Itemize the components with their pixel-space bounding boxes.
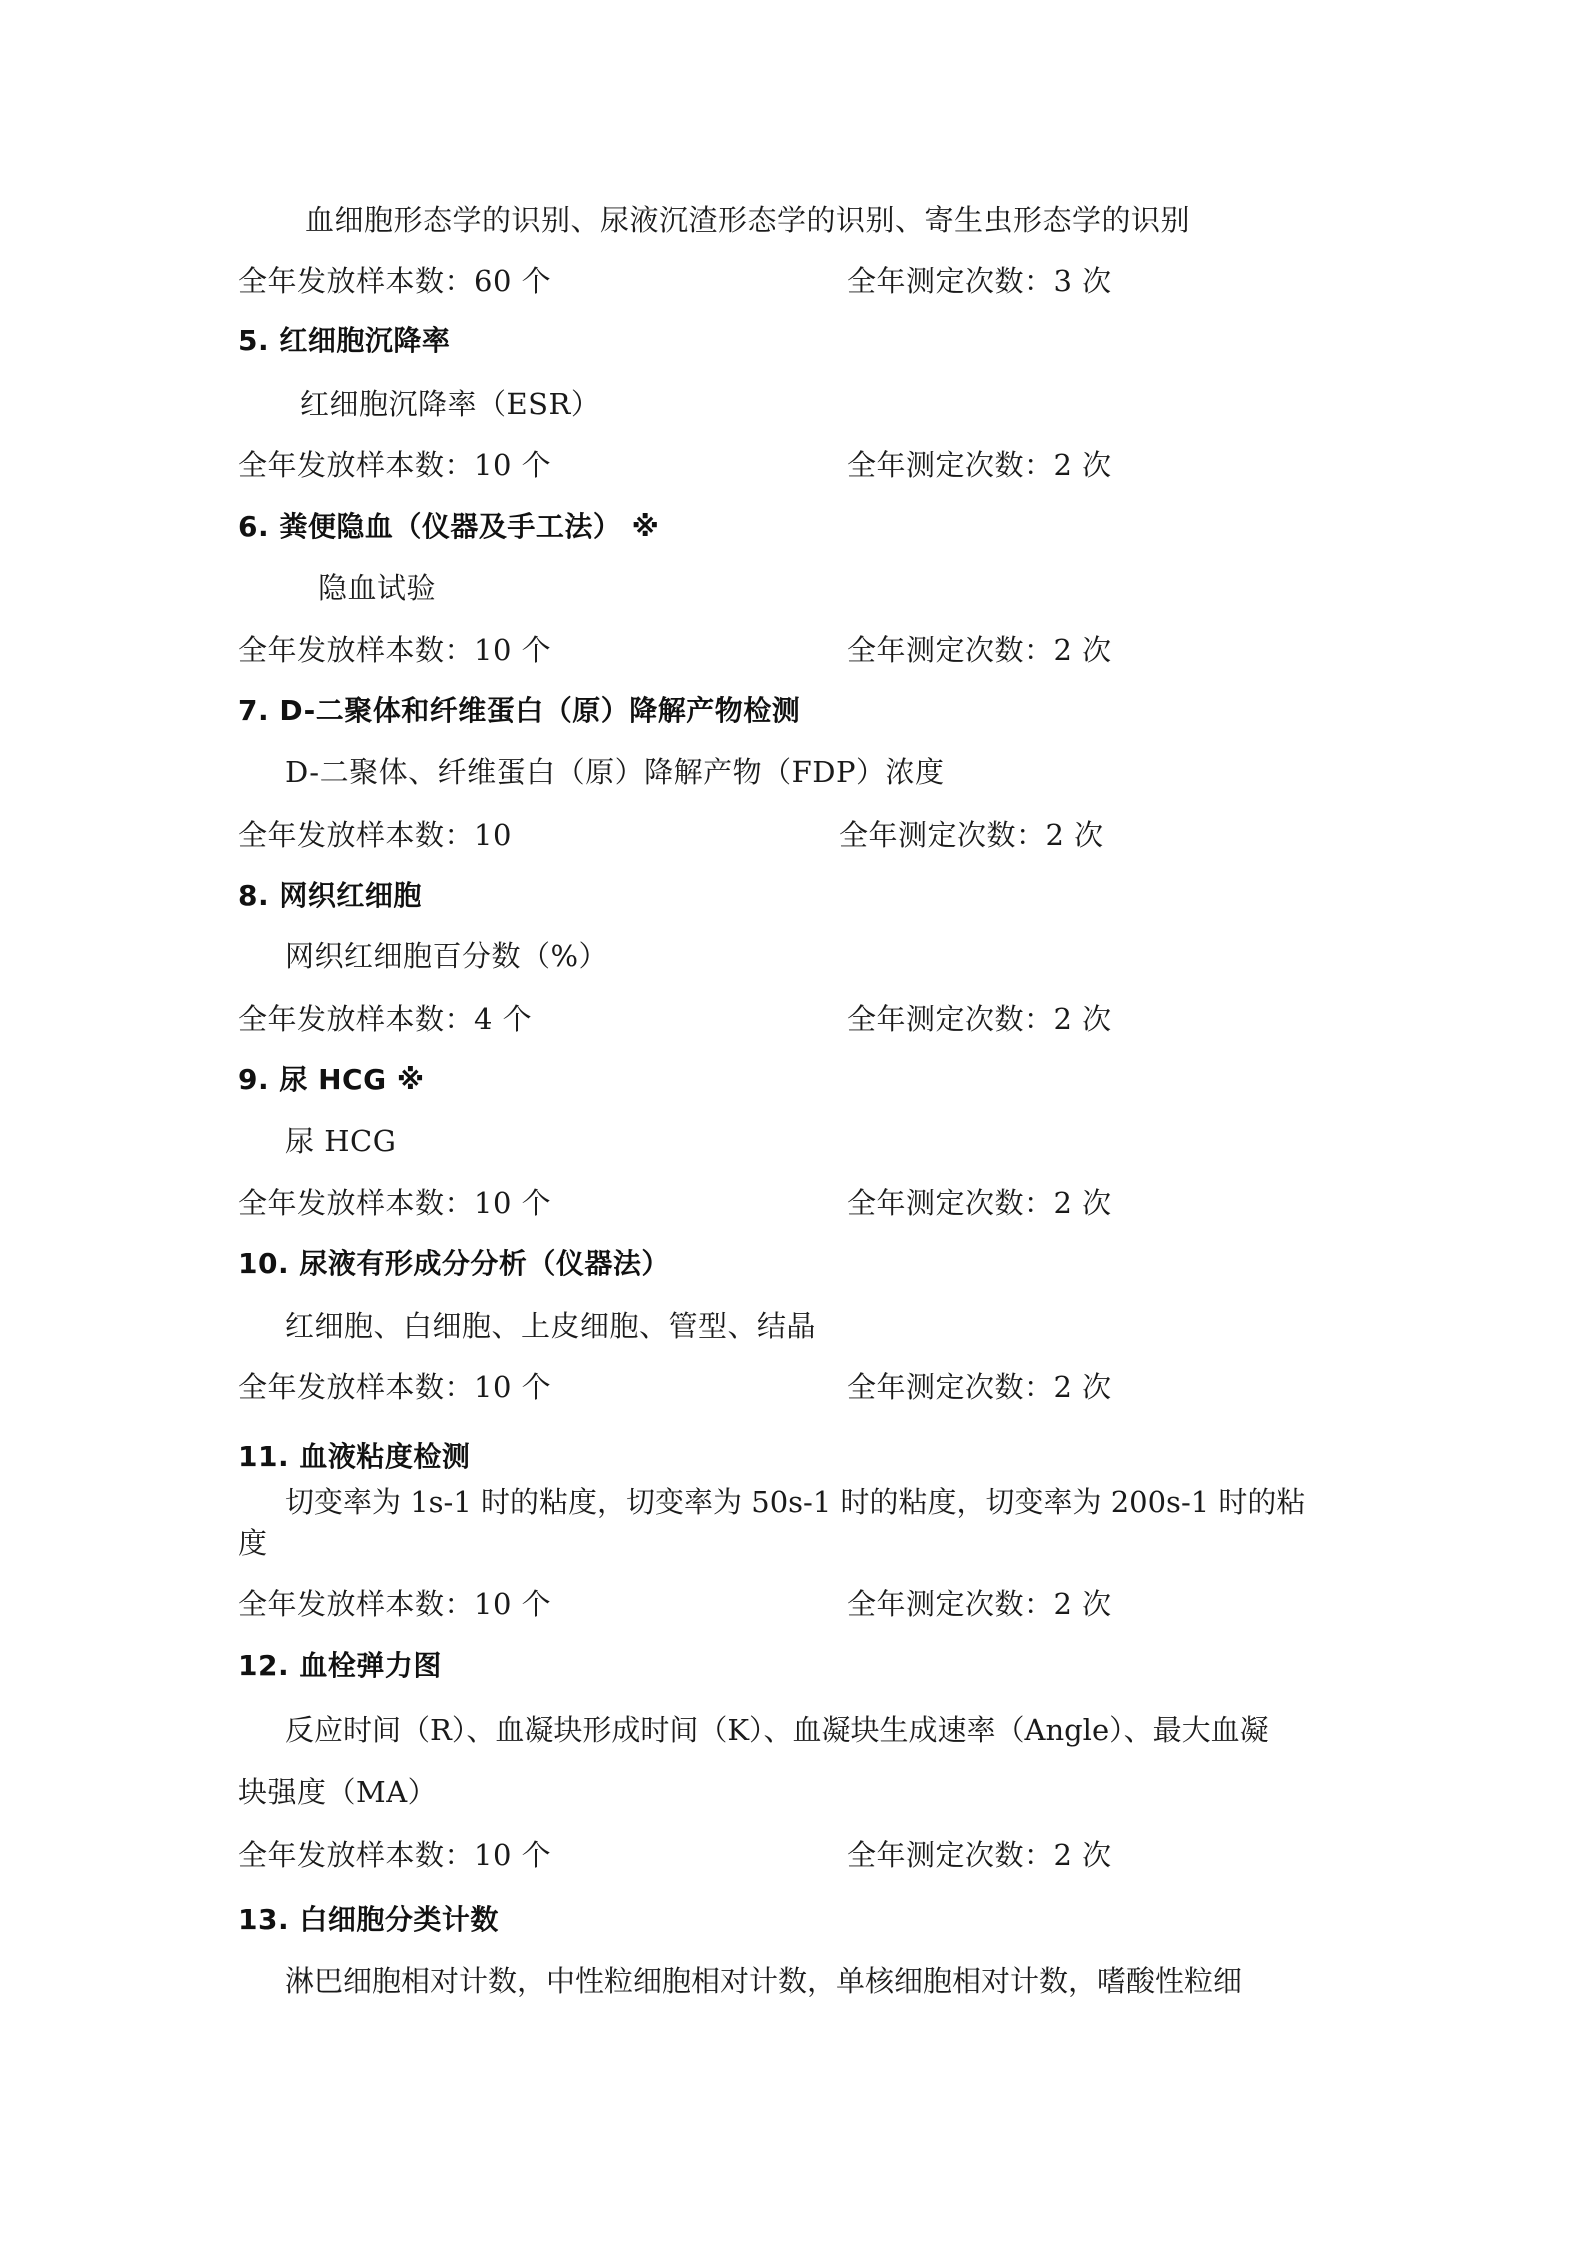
section-heading: 6. 粪便隐血（仪器及手工法） ※: [238, 509, 659, 545]
section-times: 全年测定次数：2 次: [839, 817, 1104, 853]
section-samples: 全年发放样本数：10 个: [238, 1369, 551, 1405]
section-heading: 9. 尿 HCG ※: [238, 1062, 425, 1098]
section-description: 网织红细胞百分数（%）: [285, 938, 608, 974]
section-heading: 10. 尿液有形成分分析（仪器法）: [238, 1246, 670, 1282]
section-description: 隐血试验: [318, 570, 436, 606]
section-times: 全年测定次数：2 次: [847, 1586, 1112, 1622]
section-description: 淋巴细胞相对计数，中性粒细胞相对计数，单核细胞相对计数，嗜酸性粒细: [285, 1963, 1242, 1999]
section-heading: 8. 网织红细胞: [238, 878, 422, 914]
section-times: 全年测定次数：2 次: [847, 447, 1112, 483]
section-samples: 全年发放样本数：10 个: [238, 1837, 551, 1873]
document-page: 血细胞形态学的识别、尿液沉渣形态学的识别、寄生虫形态学的识别 全年发放样本数：6…: [0, 0, 1587, 2245]
section-heading: 12. 血栓弹力图: [238, 1648, 442, 1684]
intro-times: 全年测定次数：3 次: [847, 263, 1112, 299]
section-times: 全年测定次数：2 次: [847, 1001, 1112, 1037]
section-samples: 全年发放样本数：10 个: [238, 447, 551, 483]
intro-description: 血细胞形态学的识别、尿液沉渣形态学的识别、寄生虫形态学的识别: [305, 202, 1190, 238]
section-samples: 全年发放样本数：10 个: [238, 1185, 551, 1221]
section-samples: 全年发放样本数：4 个: [238, 1001, 532, 1037]
section-description-cont: 度: [238, 1525, 268, 1561]
section-heading: 7. D-二聚体和纤维蛋白（原）降解产物检测: [238, 693, 800, 729]
section-description-cont: 块强度（MA）: [238, 1774, 437, 1810]
section-samples: 全年发放样本数：10 个: [238, 632, 551, 668]
section-times: 全年测定次数：2 次: [847, 632, 1112, 668]
section-heading: 11. 血液粘度检测: [238, 1439, 470, 1475]
section-description: 切变率为 1s-1 时的粘度，切变率为 50s-1 时的粘度，切变率为 200s…: [285, 1484, 1305, 1520]
section-description: 反应时间（R）、血凝块形成时间（K）、血凝块生成速率（Angle）、最大血凝: [285, 1712, 1269, 1748]
section-heading: 5. 红细胞沉降率: [238, 323, 450, 359]
section-times: 全年测定次数：2 次: [847, 1837, 1112, 1873]
section-times: 全年测定次数：2 次: [847, 1185, 1112, 1221]
section-heading: 13. 白细胞分类计数: [238, 1902, 499, 1938]
intro-samples: 全年发放样本数：60 个: [238, 263, 551, 299]
section-samples: 全年发放样本数：10 个: [238, 1586, 551, 1622]
section-samples: 全年发放样本数：10: [238, 817, 512, 853]
section-description: 红细胞沉降率（ESR）: [300, 386, 600, 422]
section-times: 全年测定次数：2 次: [847, 1369, 1112, 1405]
section-description: 尿 HCG: [285, 1123, 396, 1159]
section-description: 红细胞、白细胞、上皮细胞、管型、结晶: [285, 1308, 816, 1344]
section-description: D-二聚体、纤维蛋白（原）降解产物（FDP）浓度: [285, 754, 944, 790]
